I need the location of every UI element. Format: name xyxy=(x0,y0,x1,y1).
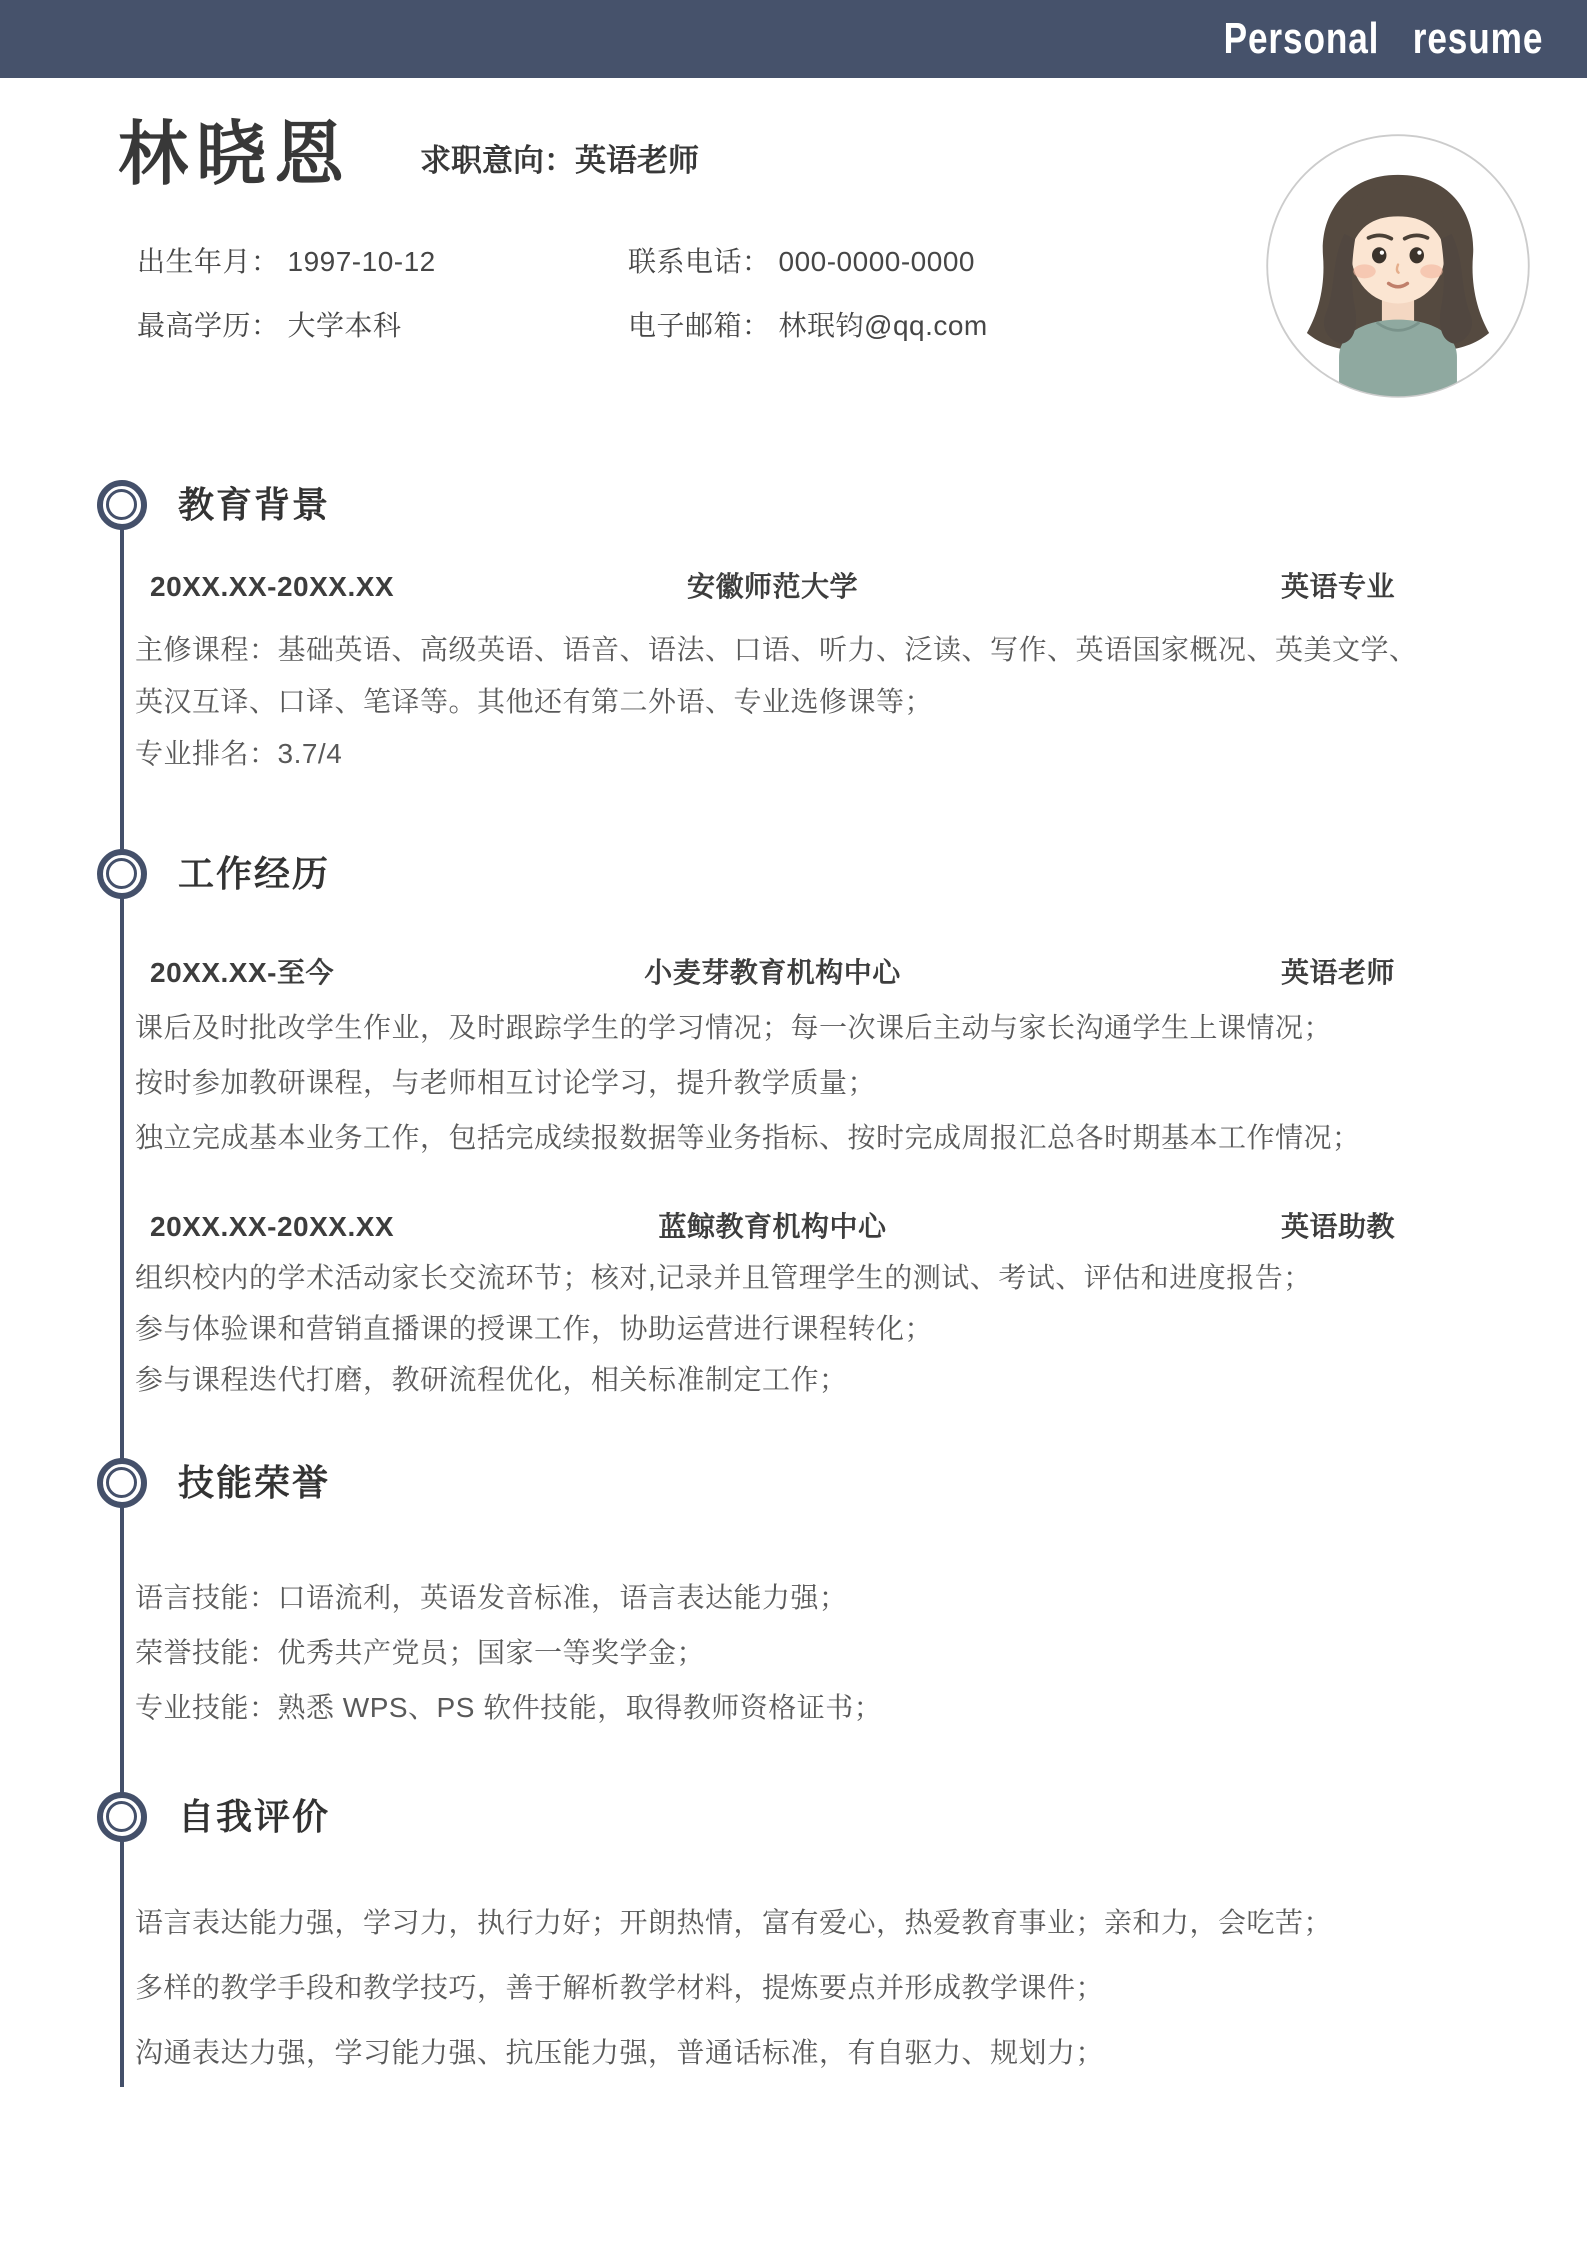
job1-date: 20XX.XX-至今 xyxy=(150,958,565,988)
job1-line: 独立完成基本业务工作，包括完成续报数据等业务指标、按时完成周报汇总各时期基本工作… xyxy=(135,1110,1472,1165)
info-phone: 联系电话：000-0000-0000 xyxy=(628,247,975,277)
job2-line: 组织校内的学术活动家长交流环节；核对,记录并且管理学生的测试、考试、评估和进度报… xyxy=(135,1252,1472,1303)
info-degree-label: 最高学历： xyxy=(137,310,280,341)
education-line: 英汉互译、口译、笔译等。其他还有第二外语、专业选修课等； xyxy=(135,676,1472,728)
info-email-label: 电子邮箱： xyxy=(628,310,771,341)
header-title-word1: Personal xyxy=(1223,15,1379,64)
job2-details: 组织校内的学术活动家长交流环节；核对,记录并且管理学生的测试、考试、评估和进度报… xyxy=(135,1252,1472,1405)
avatar xyxy=(1264,132,1532,400)
info-birthdate-label: 出生年月： xyxy=(137,246,280,277)
header-bar: Personal resume xyxy=(0,0,1587,78)
job2-date: 20XX.XX-20XX.XX xyxy=(150,1212,565,1242)
section-title-skills: 技能荣誉 xyxy=(178,1457,330,1509)
timeline-ring-icon xyxy=(97,849,147,899)
education-school: 安徽师范大学 xyxy=(565,572,980,602)
job2-line: 参与体验课和营销直播课的授课工作，协助运营进行课程转化； xyxy=(135,1303,1472,1354)
job1-company: 小麦芽教育机构中心 xyxy=(565,958,980,988)
education-entry-header: 20XX.XX-20XX.XX 安徽师范大学 英语专业 xyxy=(150,572,1395,602)
info-email-value: 林珉钧@qq.com xyxy=(779,310,988,341)
self-evaluation-line: 沟通表达力强，学习能力强、抗压能力强，普通话标准，有自驱力、规划力； xyxy=(135,2020,1472,2085)
timeline-ring-icon xyxy=(97,1458,147,1508)
resume-document: Personal resume 林晓恩 求职意向：英语老师 出生年月：1997-… xyxy=(0,0,1587,2245)
job1-title: 英语老师 xyxy=(980,958,1395,988)
skills-line: 语言技能：口语流利，英语发音标准，语言表达能力强； xyxy=(135,1570,1472,1625)
header-title-word2: resume xyxy=(1412,15,1543,64)
avatar-illustration xyxy=(1264,132,1532,400)
section-title-self: 自我评价 xyxy=(178,1791,330,1843)
timeline-line xyxy=(120,505,124,2087)
info-email: 电子邮箱：林珉钧@qq.com xyxy=(628,311,988,341)
skills-line: 荣誉技能：优秀共产党员；国家一等奖学金； xyxy=(135,1625,1472,1680)
info-phone-value: 000-0000-0000 xyxy=(779,246,975,277)
job1-line: 课后及时批改学生作业，及时跟踪学生的学习情况；每一次课后主动与家长沟通学生上课情… xyxy=(135,1000,1472,1055)
job1-details: 课后及时批改学生作业，及时跟踪学生的学习情况；每一次课后主动与家长沟通学生上课情… xyxy=(135,1000,1472,1165)
job1-line: 按时参加教研课程，与老师相互讨论学习，提升教学质量； xyxy=(135,1055,1472,1110)
section-title-education: 教育背景 xyxy=(178,479,330,531)
info-phone-label: 联系电话： xyxy=(628,246,771,277)
info-birthdate-value: 1997-10-12 xyxy=(288,246,436,277)
job2-entry-header: 20XX.XX-20XX.XX 蓝鲸教育机构中心 英语助教 xyxy=(150,1212,1395,1242)
candidate-name: 林晓恩 xyxy=(118,116,352,192)
education-line: 专业排名：3.7/4 xyxy=(135,728,1472,780)
info-birthdate: 出生年月：1997-10-12 xyxy=(137,247,436,277)
header-title: Personal resume xyxy=(1223,15,1543,64)
job-objective: 求职意向：英语老师 xyxy=(420,144,699,178)
timeline-ring-icon xyxy=(97,480,147,530)
skills-details: 语言技能：口语流利，英语发音标准，语言表达能力强； 荣誉技能：优秀共产党员；国家… xyxy=(135,1570,1472,1735)
self-evaluation-line: 多样的教学手段和教学技巧，善于解析教学材料，提炼要点并形成教学课件； xyxy=(135,1955,1472,2020)
education-date: 20XX.XX-20XX.XX xyxy=(150,572,565,602)
section-title-work: 工作经历 xyxy=(178,848,330,900)
job2-line: 参与课程迭代打磨，教研流程优化，相关标准制定工作； xyxy=(135,1354,1472,1405)
education-details: 主修课程：基础英语、高级英语、语音、语法、口语、听力、泛读、写作、英语国家概况、… xyxy=(135,624,1472,780)
skills-line: 专业技能：熟悉 WPS、PS 软件技能，取得教师资格证书； xyxy=(135,1680,1472,1735)
education-line: 主修课程：基础英语、高级英语、语音、语法、口语、听力、泛读、写作、英语国家概况、… xyxy=(135,624,1472,676)
info-degree: 最高学历：大学本科 xyxy=(137,311,402,341)
self-evaluation-line: 语言表达能力强，学习力，执行力好；开朗热情，富有爱心，热爱教育事业；亲和力，会吃… xyxy=(135,1890,1472,1955)
timeline-ring-icon xyxy=(97,1792,147,1842)
job2-company: 蓝鲸教育机构中心 xyxy=(565,1212,980,1242)
info-degree-value: 大学本科 xyxy=(288,310,402,341)
self-evaluation-details: 语言表达能力强，学习力，执行力好；开朗热情，富有爱心，热爱教育事业；亲和力，会吃… xyxy=(135,1890,1472,2085)
education-major: 英语专业 xyxy=(980,572,1395,602)
job2-title: 英语助教 xyxy=(980,1212,1395,1242)
job1-entry-header: 20XX.XX-至今 小麦芽教育机构中心 英语老师 xyxy=(150,958,1395,988)
